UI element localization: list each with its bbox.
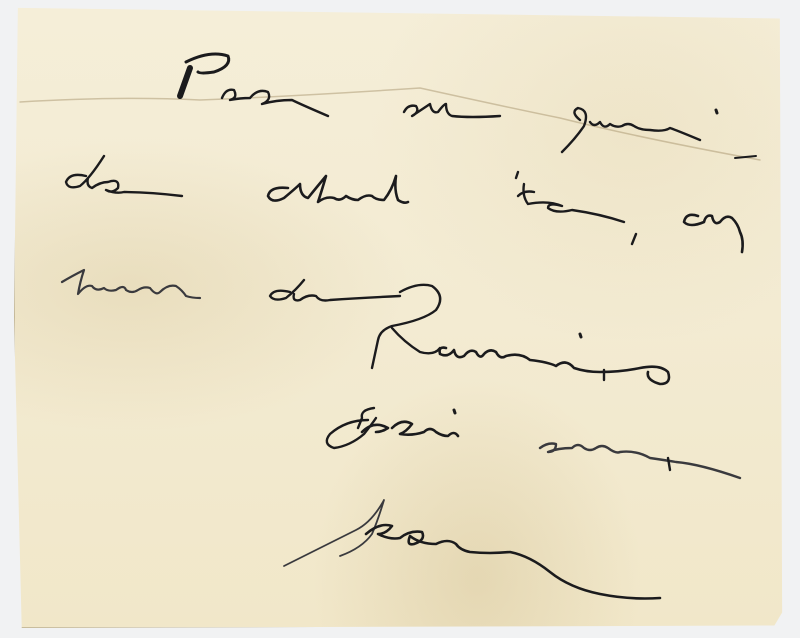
paper-card (14, 6, 786, 628)
scan-background: Para su queri- da abuelita, con besos de… (0, 0, 800, 638)
